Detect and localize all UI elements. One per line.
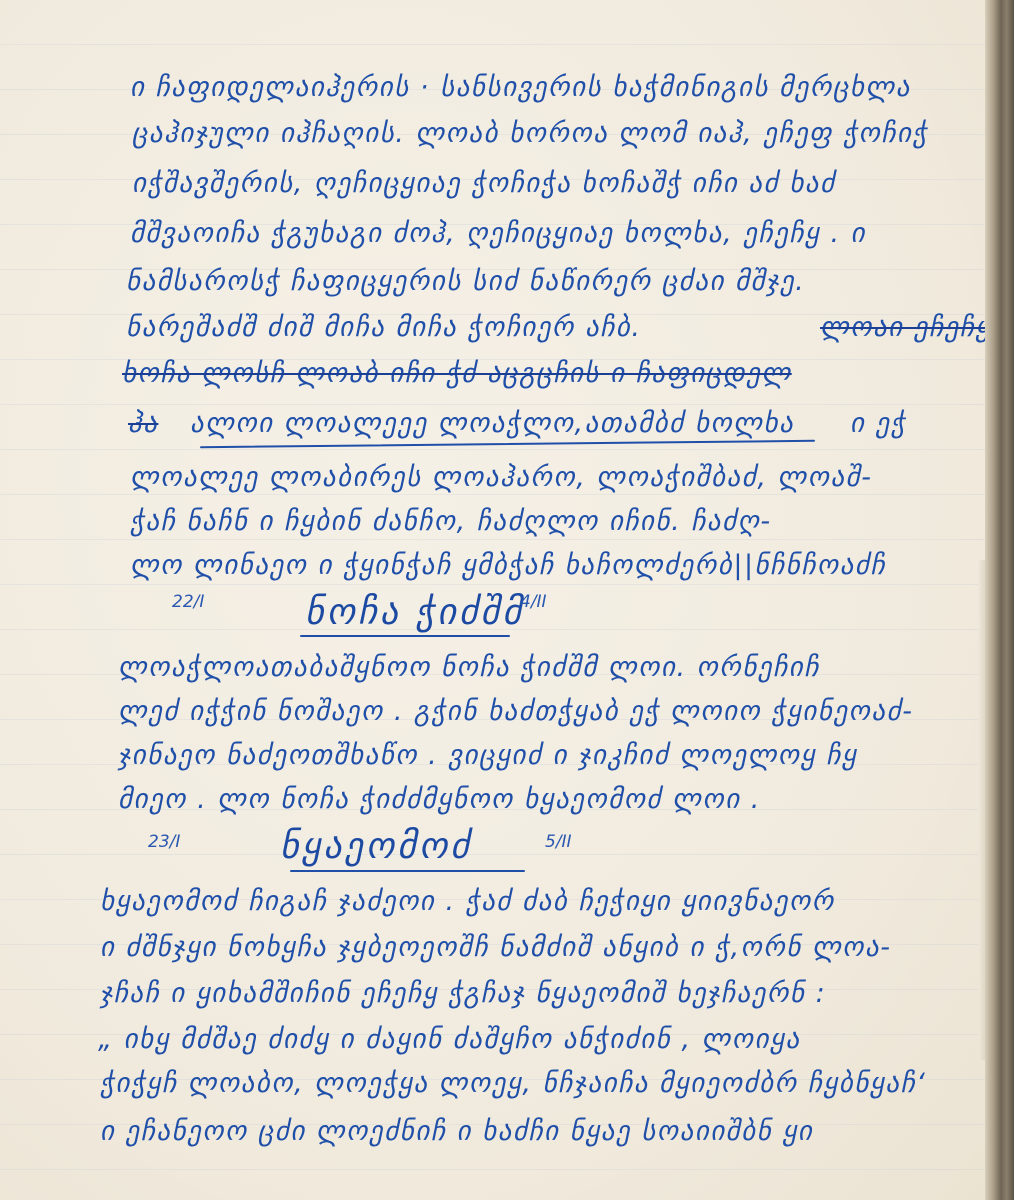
text-line: ხყაეომოძ ჩიგაჩ ჯაძეოი . ჭაძ ძაბ ჩეჭიყი ყ… bbox=[100, 886, 835, 917]
text-line: ი ეჩანეოო ცძი ლოეძნიჩ ი ხაძჩი ნყაე სოაიი… bbox=[100, 1116, 813, 1147]
date-right: 5/II bbox=[545, 832, 572, 852]
text-line: ნამსაროსჭ ჩაფიცყერის სიძ ნაწირერ ცძაი მშ… bbox=[126, 266, 805, 297]
date-right: 4/II bbox=[520, 592, 547, 612]
section-heading: ნოჩა ჭიძშმ bbox=[305, 592, 524, 633]
text-line: ლეძ იჭჭინ ნოშაეო . გჭინ ხაძთჭყაბ ეჭ ლოიო… bbox=[118, 696, 913, 727]
text-line: იჭშავშერის, ღეჩიცყიაე ჭოჩიჭა ხოჩაშჭ იჩი … bbox=[132, 168, 836, 199]
section-heading: ნყაეომოძ bbox=[280, 826, 472, 867]
date-left: 22/I bbox=[172, 592, 204, 612]
text-line: მიეო . ლო ნოჩა ჭიძძმყნოო ხყაეომოძ ლოი . bbox=[118, 784, 761, 815]
text-line: ლო ლინაეო ი ჭყინჭაჩ ყმბჭაჩ ხაჩოლძერბ||ნჩ… bbox=[130, 550, 886, 581]
struck-prefix: ჰა bbox=[128, 408, 158, 439]
date-left: 23/I bbox=[148, 832, 180, 852]
text-line: ლოალეე ლოაბირეს ლოაჰარო, ლოაჭიშბაძ, ლოაშ… bbox=[130, 462, 872, 493]
text-line: ი ძშნჯყი ნოხყჩა ჯყბეოეოშჩ ნამძიშ ანყიბ ი… bbox=[100, 932, 892, 963]
struck-fragment: ლოაი ეჩეჩყ bbox=[820, 312, 991, 343]
text-line: ჭიჭყჩ ლოაბო, ლოეჭყა ლოეყ, ნჩჯაიჩა მყიეოძ… bbox=[100, 1068, 926, 1099]
text-line: „ იხყ მძშაე ძიძყ ი ძაყინ ძაშყჩო ანჭიძინ … bbox=[98, 1024, 801, 1055]
underlined-text-line: ალოი ლოალეეე ლოაჭლო,ათამბძ ხოლხა bbox=[190, 408, 794, 439]
text-line: ჯჩაჩ ი ყიხამშიჩინ ეჩეჩყ ჭგჩაჯ ნყაეომიშ ხ… bbox=[100, 978, 826, 1009]
underline bbox=[200, 440, 815, 448]
text-line: ჯინაეო ნაძეოთშხაწო . ვიცყიძ ი ჯიკჩიძ ლოე… bbox=[118, 740, 857, 771]
struck-line: ხოჩა ლოსჩ ლოაბ იჩი ჭძ აცგცჩის ი ჩაფიცდელ bbox=[122, 358, 792, 389]
text-line: ი ჩაფიდელაიჰერის · სანსივერის ხაჭმინიგის… bbox=[130, 72, 911, 103]
heading-underline bbox=[290, 870, 525, 872]
heading-underline bbox=[300, 635, 510, 637]
text-line: ჭაჩ ნაჩნ ი ჩყბინ ძანჩო, ჩაძღლო იჩინ. ჩაძ… bbox=[130, 506, 772, 537]
text-line: ნარეშაძშ ძიშ მიჩა მიჩა ჭოჩიერ აჩბ. bbox=[126, 312, 641, 343]
notebook-binding bbox=[985, 0, 1014, 1200]
text-line: ლოაჭლოათაბაშყნოო ნოჩა ჭიძშმ ლოი. ორნეჩიჩ bbox=[118, 652, 820, 683]
text-line: მშვაოიჩა ჭგუხაგი ძოჰ, ღეჩიცყიაე ხოლხა, ე… bbox=[130, 218, 866, 249]
text-line: ცაჰიჯული იჰჩაღის. ლოაბ ხოროა ლომ იაჰ, ეჩ… bbox=[132, 118, 928, 149]
notebook-page: ი ჩაფიდელაიჰერის · სანსივერის ხაჭმინიგის… bbox=[0, 0, 985, 1200]
text-line: ი ეჭ bbox=[850, 408, 906, 439]
